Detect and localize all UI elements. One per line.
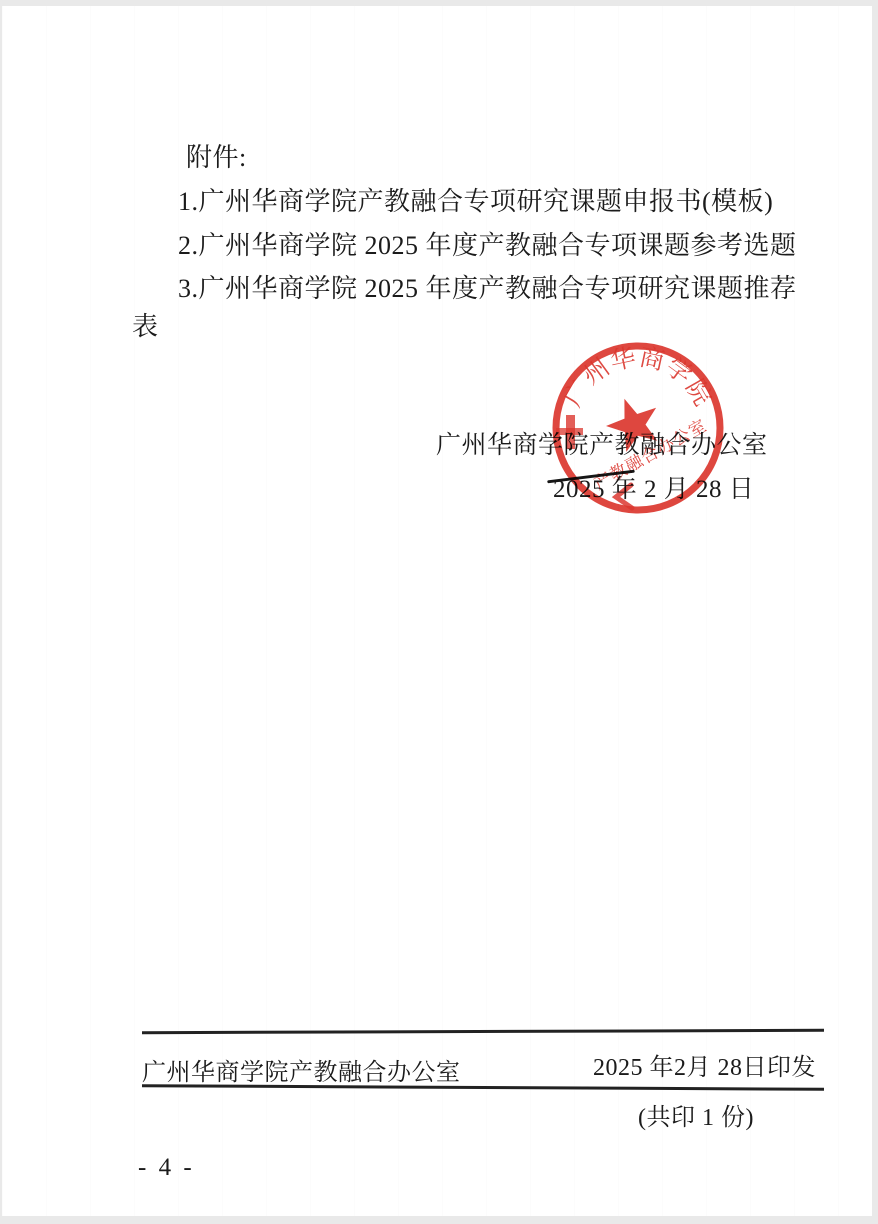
footer-rule-top [142, 1029, 824, 1034]
attachments-label: 附件: [186, 137, 247, 174]
seal-arc-text: 广州华商学院 [559, 343, 718, 411]
page-number: - 4 - [138, 1154, 195, 1182]
svg-text:广州华商学院: 广州华商学院 [559, 343, 718, 411]
footer-rule-bottom [142, 1084, 824, 1090]
scanned-document-page: { "document": { "attachments": { "label"… [0, 0, 878, 1224]
attachment-item-3: 3.广州华商学院 2025 年度产教融合专项研究课题推荐 [178, 268, 797, 305]
signature-date: 2025 年 2 月 28 日 [553, 469, 754, 505]
footer-issuer: 广州华商学院产教融合办公室 [142, 1052, 461, 1087]
footer-print-info: 2025 年2月 28日印发 [593, 1047, 816, 1082]
signature-org: 广州华商学院产教融合办公室 [436, 425, 768, 461]
attachment-item-1: 1.广州华商学院产教融合专项研究课题申报书(模板) [178, 181, 773, 218]
footer-copies: (共印 1 份) [638, 1097, 754, 1132]
attachment-item-2: 2.广州华商学院 2025 年度产教融合专项课题参考选题 [178, 225, 797, 262]
attachment-item-3-wrap: 表 [132, 306, 159, 343]
document-page: 附件: 1.广州华商学院产教融合专项研究课题申报书(模板) 2.广州华商学院 2… [2, 6, 872, 1216]
